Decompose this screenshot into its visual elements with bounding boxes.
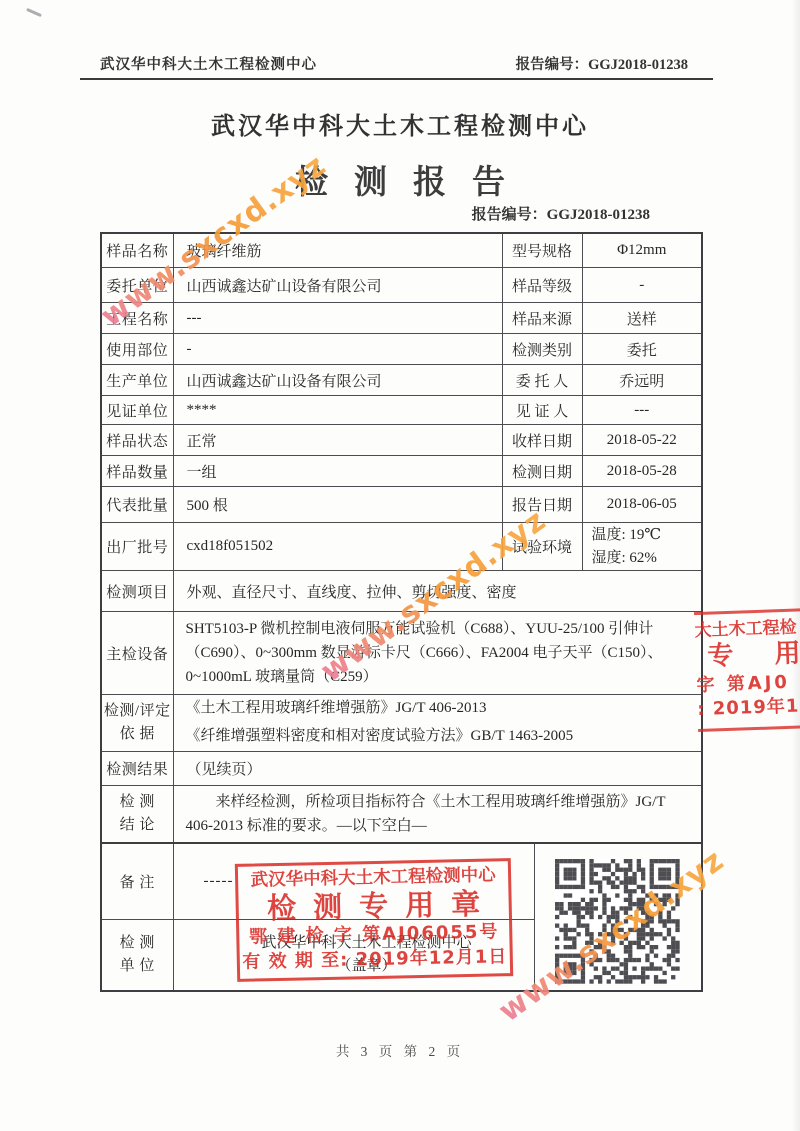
basis-label: 检测/评定 依 据 — [101, 695, 173, 752]
table-row: 见证单位 **** 见 证 人 --- — [101, 396, 702, 425]
row-value: 山西诚鑫达矿山设备有限公司 — [173, 268, 502, 303]
page-title-doc: 检测报告 — [0, 156, 800, 203]
row-rlabel: 样品等级 — [502, 268, 582, 303]
stamp-seal-title: 检测专用章 — [238, 887, 509, 926]
table-row: 代表批量 500 根 报告日期 2018-06-05 — [101, 487, 702, 523]
row-rvalue: 乔远明 — [582, 365, 702, 396]
conclusion-label: 检 测 结 论 — [101, 785, 173, 843]
table-row: 样品数量 一组 检测日期 2018-05-28 — [101, 456, 702, 487]
row-rlabel: 收样日期 — [502, 425, 582, 456]
header-org-name: 武汉华中科大土木工程检测中心 — [100, 53, 317, 74]
equipment-value: SHT5103-P 微机控制电液伺服万能试验机（C688）、YUU-25/100… — [173, 612, 702, 695]
env-humidity: 湿度: 62% — [583, 547, 702, 570]
table-row: 生产单位 山西诚鑫达矿山设备有限公司 委 托 人 乔远明 — [101, 365, 702, 396]
batch-label: 出厂批号 — [101, 523, 173, 571]
stamp-valid-until: 有 效 期 至: 2019年12月1日 — [240, 945, 510, 974]
basis-standard-2: 《纤维增强塑料密度和相对密度试验方法》GB/T 1463-2005 — [174, 723, 702, 751]
row-rlabel: 型号规格 — [502, 233, 582, 268]
unit-label: 检 测 单 位 — [101, 920, 173, 992]
conclusion-value: 来样经检测，所检项目指标符合《土木工程用玻璃纤维增强筋》JG/T 406-201… — [173, 785, 702, 843]
row-value: 山西诚鑫达矿山设备有限公司 — [173, 365, 502, 396]
row-rvalue: Φ12mm — [582, 233, 702, 268]
row-rvalue: 委托 — [582, 334, 702, 365]
table-row: 样品状态 正常 收样日期 2018-05-22 — [101, 425, 702, 456]
remark-label: 备 注 — [101, 843, 173, 920]
scan-artifact — [26, 8, 42, 17]
row-rlabel: 委 托 人 — [502, 365, 582, 396]
equipment-text: SHT5103-P 微机控制电液伺服万能试验机（C688）、YUU-25/100… — [174, 613, 702, 694]
row-label: 使用部位 — [101, 334, 173, 365]
table-row: 使用部位 - 检测类别 委托 — [101, 334, 702, 365]
row-value: **** — [173, 396, 502, 425]
basis-label-line2: 依 据 — [102, 723, 173, 746]
env-values: 温度: 19℃ 湿度: 62% — [582, 523, 702, 571]
page-title-org: 武汉华中科大土木工程检测中心 — [0, 106, 800, 141]
basis-standard-1: 《土木工程用玻璃纤维增强筋》JG/T 406-2013 — [174, 695, 702, 723]
row-label: 样品状态 — [101, 425, 173, 456]
partial-stamp: 大土木工程检 专 用 字 第AJ0 : 2019年12 — [694, 608, 800, 732]
partial-stamp-line3: 字 第AJ0 — [696, 669, 800, 698]
table-row-basis: 检测/评定 依 据 《土木工程用玻璃纤维增强筋》JG/T 406-2013 《纤… — [101, 695, 702, 752]
row-rlabel: 见 证 人 — [502, 396, 582, 425]
row-rvalue: --- — [582, 396, 702, 425]
row-rlabel: 检测日期 — [502, 456, 582, 487]
row-rlabel: 检测类别 — [502, 334, 582, 365]
unit-label-line2: 单 位 — [102, 955, 173, 978]
official-stamp: 武汉华中科大土木工程检测中心 检测专用章 鄂 建 检 字 第AJ06055号 有… — [235, 858, 513, 982]
conclusion-label-line2: 结 论 — [102, 814, 173, 837]
table-row-batch: 出厂批号 cxd18f051502 试验环境 温度: 19℃ 湿度: 62% — [101, 523, 702, 571]
result-value: （见续页） — [173, 751, 702, 785]
row-value: - — [173, 334, 502, 365]
partial-stamp-line2: 专 用 — [695, 638, 800, 673]
page-footer: 共 3 页 第 2 页 — [0, 1040, 800, 1060]
conclusion-label-line1: 检 测 — [102, 791, 173, 814]
items-label: 检测项目 — [101, 571, 173, 612]
row-label: 见证单位 — [101, 396, 173, 425]
row-label: 样品数量 — [101, 456, 173, 487]
row-label: 生产单位 — [101, 365, 173, 396]
row-rvalue: - — [582, 268, 702, 303]
info-table: 样品名称 玻璃纤维筋 型号规格 Φ12mm 委托单位 山西诚鑫达矿山设备有限公司… — [100, 232, 703, 844]
partial-stamp-line4: : 2019年12 — [697, 694, 800, 722]
env-temperature: 温度: 19℃ — [583, 524, 702, 547]
result-label: 检测结果 — [101, 751, 173, 785]
table-row-result: 检测结果 （见续页） — [101, 751, 702, 785]
unit-label-line1: 检 测 — [102, 932, 173, 955]
row-rvalue: 送样 — [582, 303, 702, 334]
row-rvalue: 2018-06-05 — [582, 487, 702, 523]
report-number-line: 报告编号：GGJ2018-01238 — [0, 203, 650, 224]
table-row-conclusion: 检 测 结 论 来样经检测，所检项目指标符合《土木工程用玻璃纤维增强筋》JG/T… — [101, 785, 702, 843]
row-label: 代表批量 — [101, 487, 173, 523]
basis-value: 《土木工程用玻璃纤维增强筋》JG/T 406-2013 《纤维增强塑料密度和相对… — [173, 695, 702, 752]
row-value: --- — [173, 303, 502, 334]
basis-label-line1: 检测/评定 — [102, 700, 173, 723]
header-report-number: 报告编号：GGJ2018-01238 — [516, 53, 688, 74]
header-rule — [80, 78, 713, 80]
row-rvalue: 2018-05-28 — [582, 456, 702, 487]
row-value: 500 根 — [173, 487, 502, 523]
row-rvalue: 2018-05-22 — [582, 425, 702, 456]
table-row: 工程名称 --- 样品来源 送样 — [101, 303, 702, 334]
row-value: 正常 — [173, 425, 502, 456]
conclusion-text: 来样经检测，所检项目指标符合《土木工程用玻璃纤维增强筋》JG/T 406-201… — [174, 786, 702, 843]
row-value: 一组 — [173, 456, 502, 487]
row-rlabel: 样品来源 — [502, 303, 582, 334]
equipment-label: 主检设备 — [101, 612, 173, 695]
